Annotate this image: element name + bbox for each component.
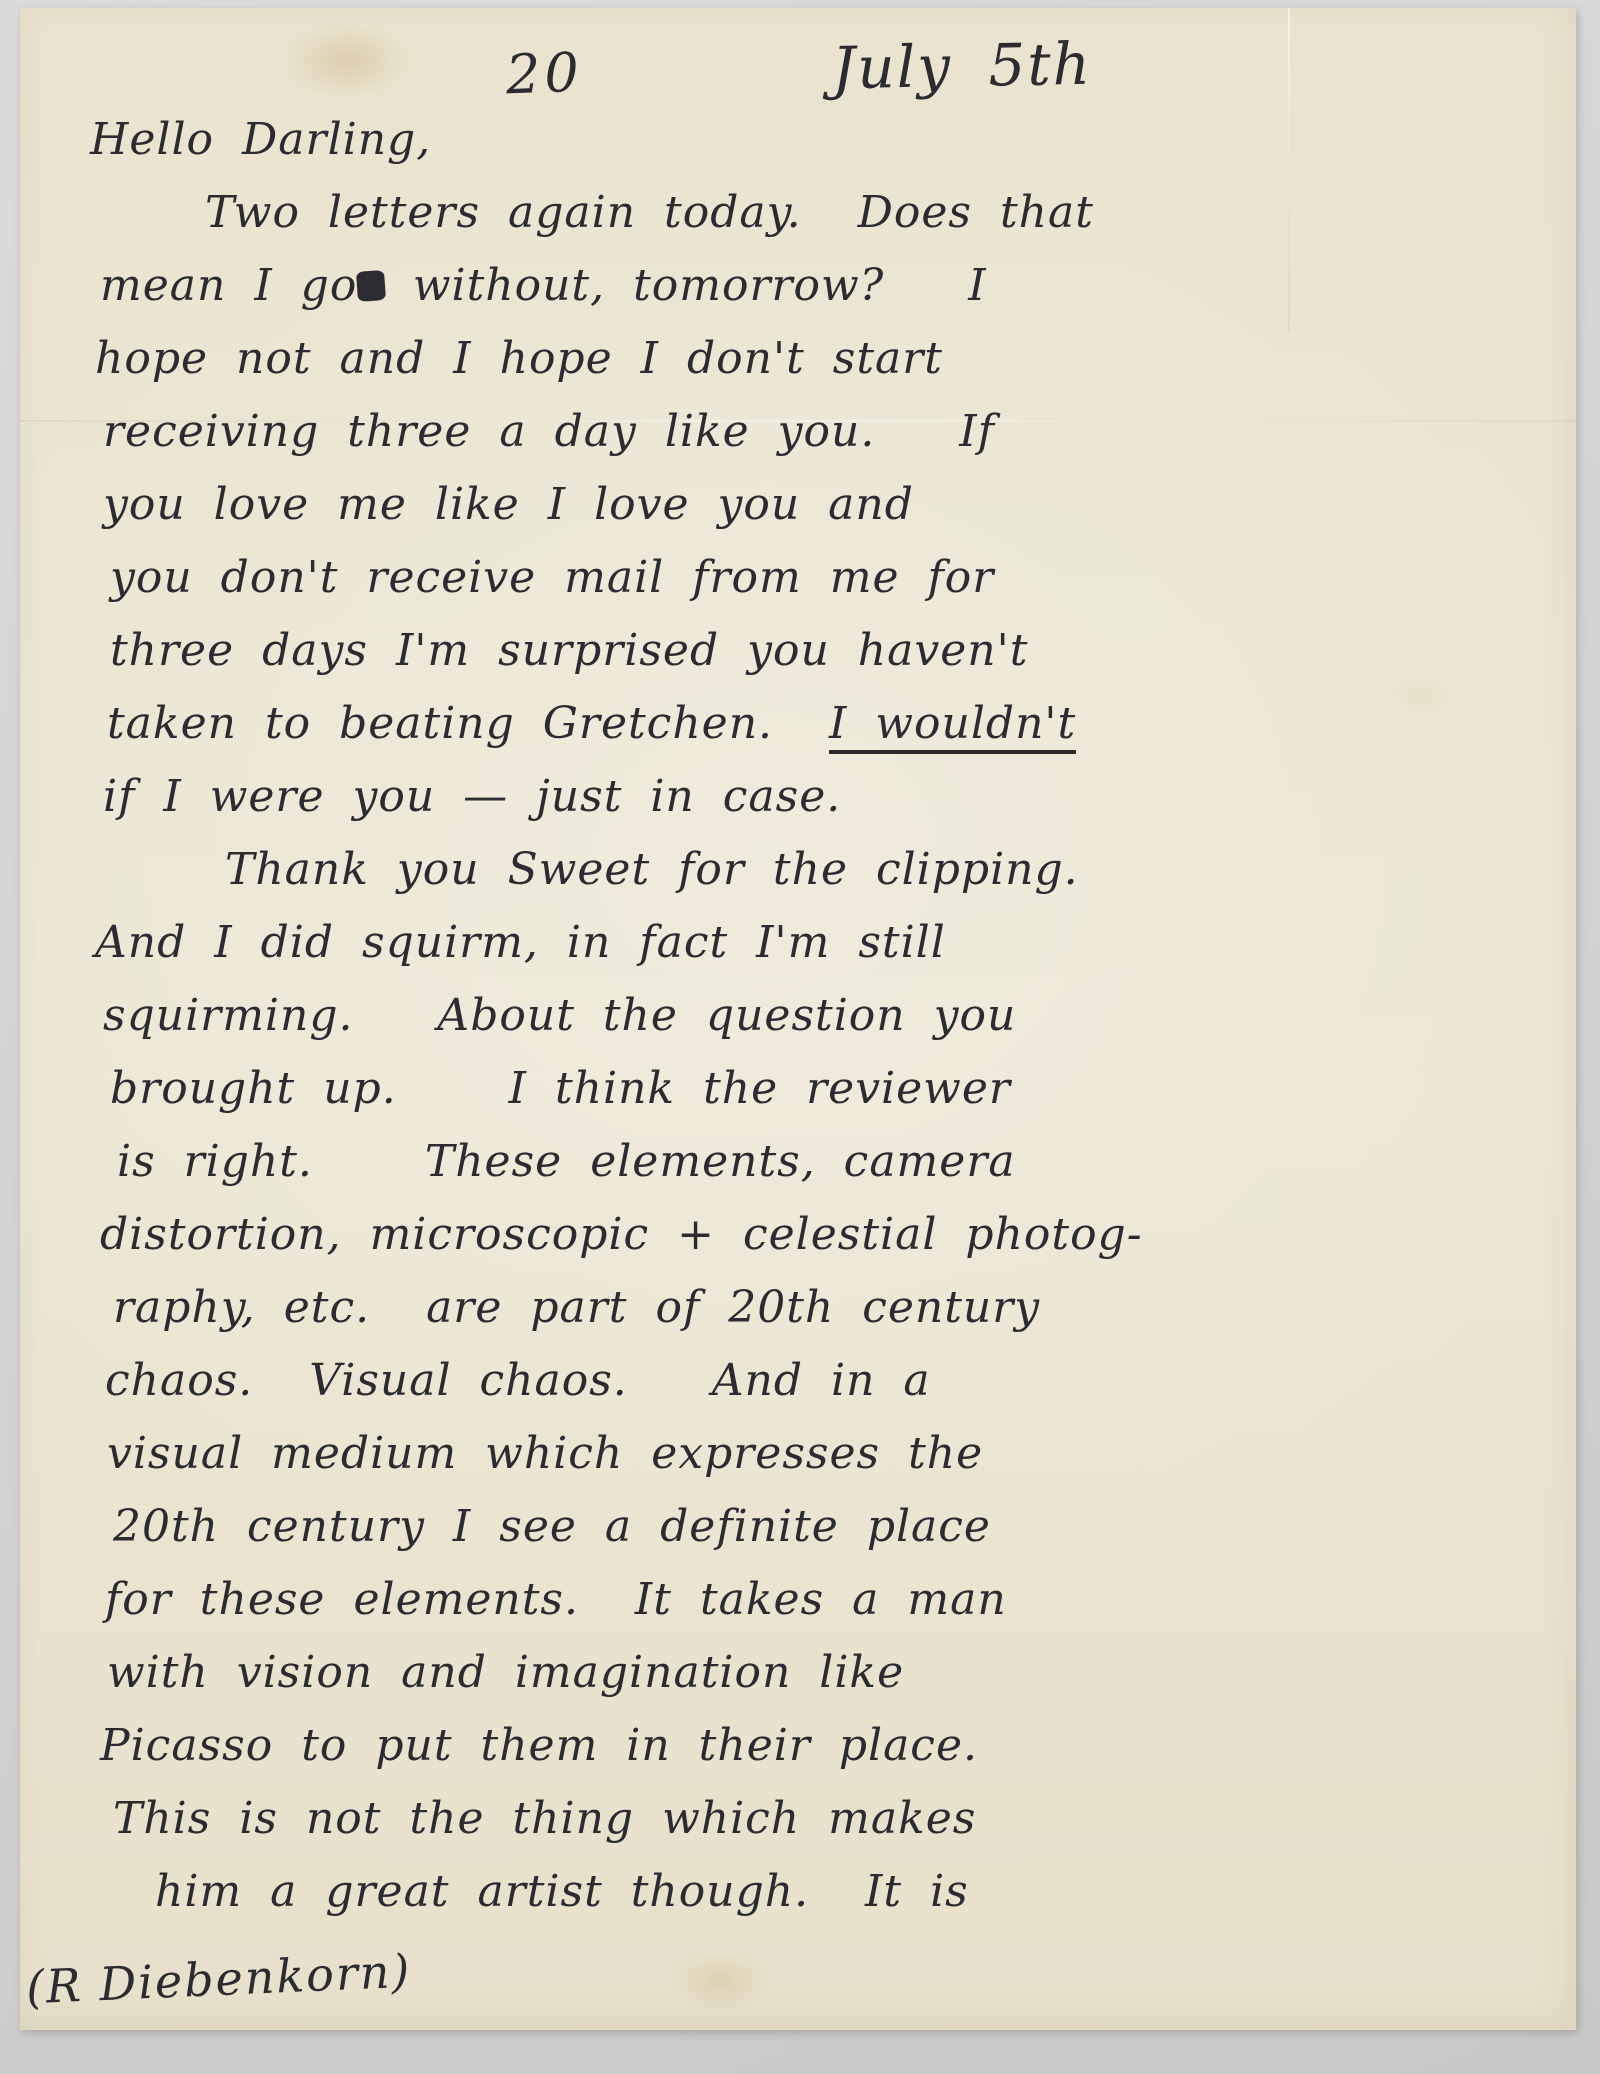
letter-text: And I did squirm, in fact I'm still <box>95 917 946 968</box>
letter-page: 20 July 5th Hello Darling,Two letters ag… <box>20 8 1576 2030</box>
letter-line: if I were you — just in case. <box>75 771 1540 844</box>
letter-line: And I did squirm, in fact I'm still <box>75 917 1540 990</box>
letter-text: hope not and I hope I don't start <box>95 333 943 384</box>
letter-text: is right. These elements, camera <box>117 1136 1016 1187</box>
letter-body: Hello Darling,Two letters again today. D… <box>75 114 1540 1939</box>
letter-text: you love me like I love you and <box>103 479 914 530</box>
letter-text: mean I go <box>100 260 357 311</box>
letter-line: receiving three a day like you. If <box>75 406 1540 479</box>
letter-line: brought up. I think the reviewer <box>75 1063 1540 1136</box>
signature-annotation: (R Diebenkorn) <box>25 1944 412 2015</box>
letter-line: Thank you Sweet for the clipping. <box>75 844 1540 917</box>
letter-text: you don't receive mail from me for <box>110 552 994 603</box>
letter-line: This is not the thing which makes <box>75 1793 1540 1866</box>
letter-text: without, tomorrow? I <box>385 260 987 311</box>
letter-date: July 5th <box>831 30 1092 103</box>
scanned-letter-screenshot: { "document": { "kind": "handwritten-let… <box>0 0 1600 2074</box>
letter-line: distortion, microscopic + celestial phot… <box>75 1209 1540 1282</box>
letter-text: squirming. About the question you <box>103 990 1016 1041</box>
underlined-text: I wouldn't <box>829 698 1076 754</box>
letter-text: taken to beating Gretchen. <box>107 698 829 749</box>
letter-line: mean I goo without, tomorrow? I <box>75 260 1540 333</box>
letter-text: chaos. Visual chaos. And in a <box>105 1355 931 1406</box>
letter-text: Two letters again today. Does that <box>205 187 1094 238</box>
letter-line: squirming. About the question you <box>75 990 1540 1063</box>
letter-line: chaos. Visual chaos. And in a <box>75 1355 1540 1428</box>
letter-text: for these elements. It takes a man <box>105 1574 1007 1625</box>
letter-text: 20th century I see a definite place <box>113 1501 991 1552</box>
letter-line: with vision and imagination like <box>75 1647 1540 1720</box>
letter-line: three days I'm surprised you haven't <box>75 625 1540 698</box>
letter-line: 20th century I see a definite place <box>75 1501 1540 1574</box>
letter-text: three days I'm surprised you haven't <box>110 625 1028 676</box>
page-number: 20 <box>505 41 584 107</box>
letter-line: raphy, etc. are part of 20th century <box>75 1282 1540 1355</box>
letter-line: visual medium which expresses the <box>75 1428 1540 1501</box>
letter-line: you love me like I love you and <box>75 479 1540 552</box>
letter-line: you don't receive mail from me for <box>75 552 1540 625</box>
letter-text: visual medium which expresses the <box>107 1428 983 1479</box>
letter-line: Two letters again today. Does that <box>75 187 1540 260</box>
letter-text: receiving three a day like you. If <box>103 406 995 457</box>
letter-text: brought up. I think the reviewer <box>110 1063 1011 1114</box>
letter-text: with vision and imagination like <box>107 1647 904 1698</box>
letter-text: Thank you Sweet for the clipping. <box>225 844 1079 895</box>
letter-line: Picasso to put them in their place. <box>75 1720 1540 1793</box>
letter-text: distortion, microscopic + celestial phot… <box>100 1209 1143 1260</box>
letter-line: him a great artist though. It is <box>75 1866 1540 1939</box>
letter-line: is right. These elements, camera <box>75 1136 1540 1209</box>
letter-text: him a great artist though. It is <box>155 1866 969 1917</box>
scribbled-out-text: o <box>356 270 386 302</box>
letter-line: hope not and I hope I don't start <box>75 333 1540 406</box>
letter-line: taken to beating Gretchen. I wouldn't <box>75 698 1540 771</box>
letter-text: Picasso to put them in their place. <box>100 1720 978 1771</box>
letter-text: if I were you — just in case. <box>103 771 841 822</box>
letter-text: This is not the thing which makes <box>113 1793 976 1844</box>
letter-line: Hello Darling, <box>75 114 1540 187</box>
letter-text: Hello Darling, <box>90 114 431 165</box>
letter-text: raphy, etc. are part of 20th century <box>113 1282 1040 1333</box>
letter-line: for these elements. It takes a man <box>75 1574 1540 1647</box>
